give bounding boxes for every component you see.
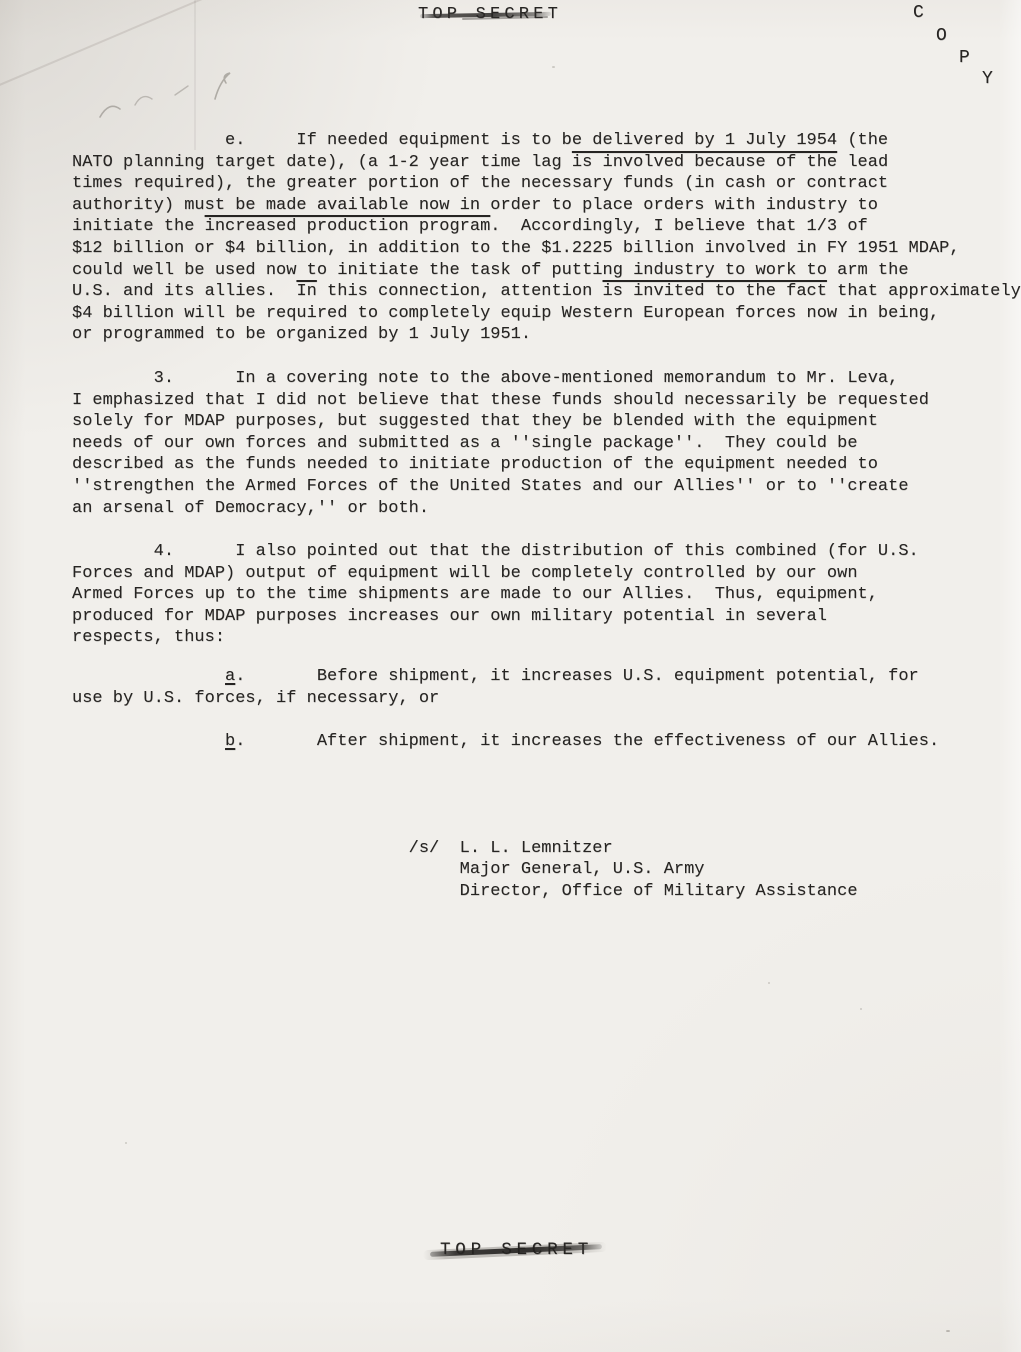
text-segment: or programmed to be organized by 1 July … <box>72 325 531 344</box>
text-line: Major General, U.S. Army <box>72 859 1021 881</box>
paper-speck <box>125 1142 127 1144</box>
text-line: U.S. and its allies. In this connection,… <box>72 281 1021 303</box>
text-segment: this connection, attention <box>317 282 603 301</box>
text-segment: NATO planning target date), (a 1-2 year … <box>72 153 572 172</box>
text-line: 3. In a covering note to the above-menti… <box>72 368 1021 390</box>
paper-speck <box>860 1008 862 1010</box>
paragraph-e: e. If needed equipment is to be delivere… <box>72 130 1021 346</box>
text-segment: Major General, U.S. Army <box>72 860 705 879</box>
marked-text: b <box>225 732 235 751</box>
text-line: solely for MDAP purposes, but suggested … <box>72 411 1021 433</box>
text-segment: I emphasized that I did not believe that… <box>72 391 929 410</box>
text-segment: respects, thus: <box>72 628 225 647</box>
text-line: times required), the greater portion of … <box>72 173 1021 195</box>
text-segment: an arsenal of Democracy,'' or both. <box>72 499 429 518</box>
text-line: or programmed to be organized by 1 July … <box>72 324 1021 346</box>
text-segment <box>72 667 225 686</box>
copy-stamp-letter-o: O <box>936 26 947 46</box>
text-line: use by U.S. forces, if necessary, or <box>72 688 1021 710</box>
paper-speck <box>552 66 555 68</box>
text-segment: Armed Forces up to the time shipments ar… <box>72 585 878 604</box>
text-line: could well be used now to initiate the t… <box>72 260 1021 282</box>
text-line: e. If needed equipment is to be delivere… <box>72 130 1021 152</box>
text-line: Director, Office of Military Assistance <box>72 881 1021 903</box>
text-segment: 3. In a covering note to the above-menti… <box>72 369 898 388</box>
text-segment: described as the funds needed to initiat… <box>72 455 878 474</box>
text-segment: authority) must be made available now in… <box>72 196 878 215</box>
text-segment: /s/ L. L. Lemnitzer <box>72 839 613 858</box>
text-line: respects, thus: <box>72 627 1021 649</box>
text-segment: lead <box>837 153 888 172</box>
text-line: ''strengthen the Armed Forces of the Uni… <box>72 476 1021 498</box>
text-line: Armed Forces up to the time shipments ar… <box>72 584 1021 606</box>
text-line: NATO planning target date), (a 1-2 year … <box>72 152 1021 174</box>
text-segment: 4. I also pointed out that the distribut… <box>72 542 919 561</box>
marked-text: In <box>296 282 316 301</box>
text-line: I emphasized that I did not believe that… <box>72 390 1021 412</box>
scanned-memo-page: TOP SECRET C O P Y e. If needed equipmen… <box>0 0 1021 1352</box>
marked-text: is invited to the fact <box>603 282 827 301</box>
text-segment: $4 billion will be required to completel… <box>72 304 939 323</box>
text-segment: Forces and MDAP) output of equipment wil… <box>72 564 858 583</box>
text-line: /s/ L. L. Lemnitzer <box>72 838 1021 860</box>
text-segment: $12 billion or $4 billion, in addition t… <box>72 239 960 258</box>
copy-stamp-letter-c: C <box>913 3 924 23</box>
paper-speck <box>768 982 770 984</box>
text-line: initiate the increased production progra… <box>72 216 1021 238</box>
text-segment: U.S. and its allies. <box>72 282 296 301</box>
text-segment: produced for MDAP purposes increases our… <box>72 607 827 626</box>
text-segment: . After shipment, it increases the effec… <box>235 732 939 751</box>
text-line: needs of our own forces and submitted as… <box>72 433 1021 455</box>
paragraph-4: 4. I also pointed out that the distribut… <box>72 541 1021 649</box>
text-segment: times required), the greater portion of … <box>72 174 888 193</box>
marked-text: increased production program <box>205 217 491 236</box>
text-line: an arsenal of Democracy,'' or both. <box>72 498 1021 520</box>
text-segment: ''strengthen the Armed Forces of the Uni… <box>72 477 909 496</box>
text-segment: could well be used now to initiate the t… <box>72 261 909 280</box>
text-segment: e. If needed equipment is to be delivere… <box>72 131 888 150</box>
text-segment <box>72 732 225 751</box>
paper-speck <box>946 1330 950 1332</box>
copy-stamp-letter-y: Y <box>982 69 993 89</box>
text-line: described as the funds needed to initiat… <box>72 454 1021 476</box>
text-segment: solely for MDAP purposes, but suggested … <box>72 412 878 431</box>
text-segment: Director, Office of Military Assistance <box>72 882 858 901</box>
marked-text: is involved because of the <box>572 153 837 172</box>
memo-body: e. If needed equipment is to be delivere… <box>72 130 1021 903</box>
paragraph-3: 3. In a covering note to the above-menti… <box>72 368 1021 519</box>
text-line: $4 billion will be required to completel… <box>72 303 1021 325</box>
text-segment: needs of our own forces and submitted as… <box>72 434 858 453</box>
text-segment: that approximately <box>827 282 1021 301</box>
subitem-a: a. Before shipment, it increases U.S. eq… <box>72 666 1021 709</box>
text-segment: . Before shipment, it increases U.S. equ… <box>235 667 919 686</box>
copy-stamp-letter-p: P <box>959 48 970 68</box>
text-line: authority) must be made available now in… <box>72 195 1021 217</box>
text-line: a. Before shipment, it increases U.S. eq… <box>72 666 1021 688</box>
marked-text: a <box>225 667 235 686</box>
text-line: 4. I also pointed out that the distribut… <box>72 541 1021 563</box>
text-segment: initiate the <box>72 217 205 236</box>
text-line: produced for MDAP purposes increases our… <box>72 606 1021 628</box>
text-segment: use by U.S. forces, if necessary, or <box>72 689 439 708</box>
text-line: b. After shipment, it increases the effe… <box>72 731 1021 753</box>
subitem-b: b. After shipment, it increases the effe… <box>72 731 1021 753</box>
text-segment: . Accordingly, I believe that 1/3 of <box>490 217 867 236</box>
text-line: $12 billion or $4 billion, in addition t… <box>72 238 1021 260</box>
text-line: Forces and MDAP) output of equipment wil… <box>72 563 1021 585</box>
signature-block: /s/ L. L. Lemnitzer Major General, U.S. … <box>72 838 1021 903</box>
